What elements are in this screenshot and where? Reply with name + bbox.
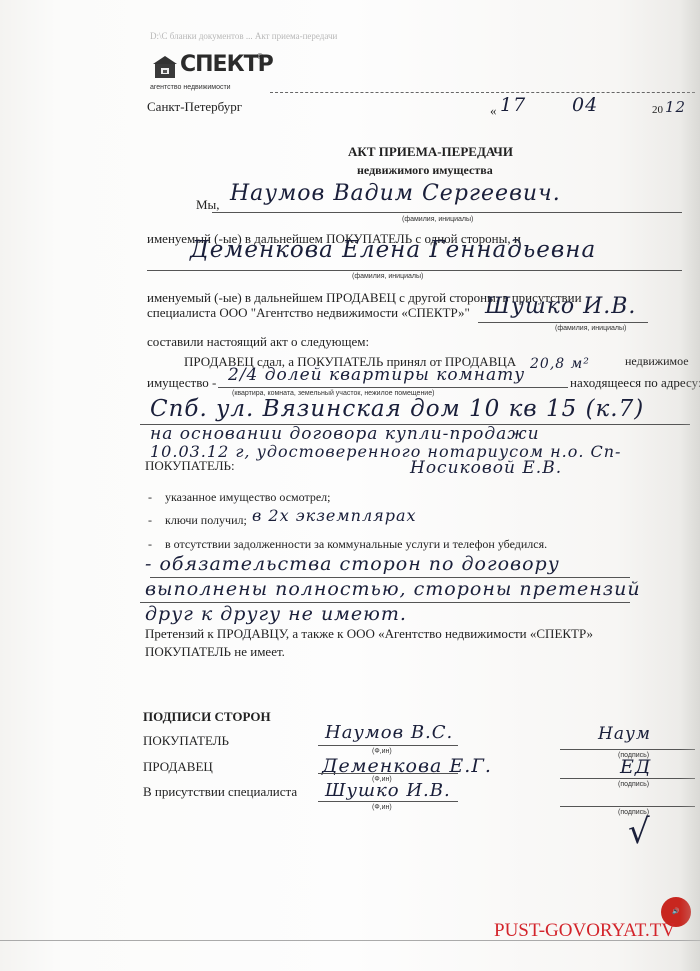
seller-name-handwritten: Деменкова Елена Геннадьевна <box>190 237 596 263</box>
date-open-quote: « <box>490 103 497 119</box>
signature-name-buyer: Наумов В.С. <box>325 722 453 743</box>
buyer-name-line <box>212 212 682 213</box>
scan-right-edge <box>680 0 700 971</box>
basis-line-3: Носиковой Е.В. <box>410 458 562 478</box>
caption-fio-3: (фамилия, инициалы) <box>555 325 626 332</box>
caption-fio-2: (фамилия, инициалы) <box>352 273 423 280</box>
signature-role-specialist: В присутствии специалиста <box>143 784 297 800</box>
property-line <box>218 387 568 388</box>
signature-line-buyer <box>560 749 695 750</box>
signature-name-line-seller <box>318 773 458 774</box>
claims-text-2: ПОКУПАТЕЛЬ не имеет. <box>145 644 285 660</box>
buyer-heading: ПОКУПАТЕЛЬ: <box>145 458 235 474</box>
we-label: Мы, <box>196 197 220 213</box>
checklist-dash-3: - <box>148 537 152 552</box>
signature-caption-seller: (подпись) <box>618 781 649 788</box>
extra-clause-line-3: друг к другу не имеют. <box>145 603 407 625</box>
checklist-item-2-handwritten: в 2х экземплярах <box>252 506 417 525</box>
property-label: имущество - <box>147 375 216 391</box>
date-month: 04 <box>572 94 598 116</box>
scan-bottom-edge <box>0 940 700 941</box>
city: Санкт-Петербург <box>147 99 242 115</box>
date-day: 17 <box>500 94 526 116</box>
property-area-handwritten: 20,8 м² <box>530 356 590 372</box>
claims-text-1: Претензий к ПРОДАВЦУ, а также к ООО «Аге… <box>145 626 593 642</box>
speaker-icon: 🔊 <box>672 909 679 915</box>
checklist-item-1: указанное имущество осмотрел; <box>165 490 331 505</box>
document-subtitle: недвижимого имущества <box>357 163 493 178</box>
buyer-name-handwritten: Наумов Вадим Сергеевич. <box>230 181 561 206</box>
signature-role-buyer: ПОКУПАТЕЛЬ <box>143 733 229 749</box>
signatures-heading: ПОДПИСИ СТОРОН <box>143 709 271 725</box>
checklist-dash-2: - <box>148 513 152 528</box>
date-year-prefix: 20 <box>652 104 663 116</box>
specialist-handwritten: Шушко И.В. <box>485 294 636 319</box>
signature-line-seller <box>560 778 695 779</box>
document-title: АКТ ПРИЕМА-ПЕРЕДАЧИ <box>348 144 513 160</box>
compiled-text: составили настоящий акт о следующем: <box>147 334 369 350</box>
seller-role-text-2: специалиста ООО "Агентство недвижимости … <box>147 305 470 321</box>
signature-name-specialist: Шушко И.В. <box>325 780 451 801</box>
house-logo-icon <box>152 55 176 77</box>
watermark-text: PUST-GOVORYAT.TV <box>494 920 675 942</box>
checklist-item-2: ключи получил; <box>165 513 247 528</box>
extra-clause-line-2: выполнены полностью, стороны претензий <box>145 578 641 600</box>
signature-name-line-specialist <box>318 801 458 802</box>
signature-name-caption-specialist: (Ф,ин) <box>372 804 392 811</box>
registered-mark: ® <box>257 52 263 61</box>
address-handwritten: Спб. ул. Вязинская дом 10 кв 15 (к.7) <box>150 396 644 422</box>
signature-name-line-buyer <box>318 745 458 746</box>
caption-fio-1: (фамилия, инициалы) <box>402 216 473 223</box>
logo-subtitle: агентство недвижимости <box>150 84 231 91</box>
checklist-item-3: в отсутствии задолженности за коммунальн… <box>165 537 547 552</box>
signature-name-caption-buyer: (Ф,ин) <box>372 748 392 755</box>
signature-specialist: √ <box>628 812 651 852</box>
specialist-name-line <box>478 322 648 323</box>
file-path-header: D:\С бланки документов ... Акт приема-пе… <box>150 31 337 41</box>
checklist-dash-1: - <box>148 490 152 505</box>
property-handwritten: 2/4 долей квартиры комнату <box>228 365 525 385</box>
signature-line-specialist <box>560 806 695 807</box>
seller-name-line <box>147 270 682 271</box>
signature-role-seller: ПРОДАВЕЦ <box>143 759 213 775</box>
signature-seller: ЕД <box>620 756 651 778</box>
extra-clause-line-1: - обязательства сторон по договору <box>145 553 560 575</box>
header-dotted-rule <box>270 92 695 93</box>
signature-buyer: Наум <box>598 724 651 744</box>
basis-line-1: на основании договора купли-продажи <box>150 424 540 444</box>
